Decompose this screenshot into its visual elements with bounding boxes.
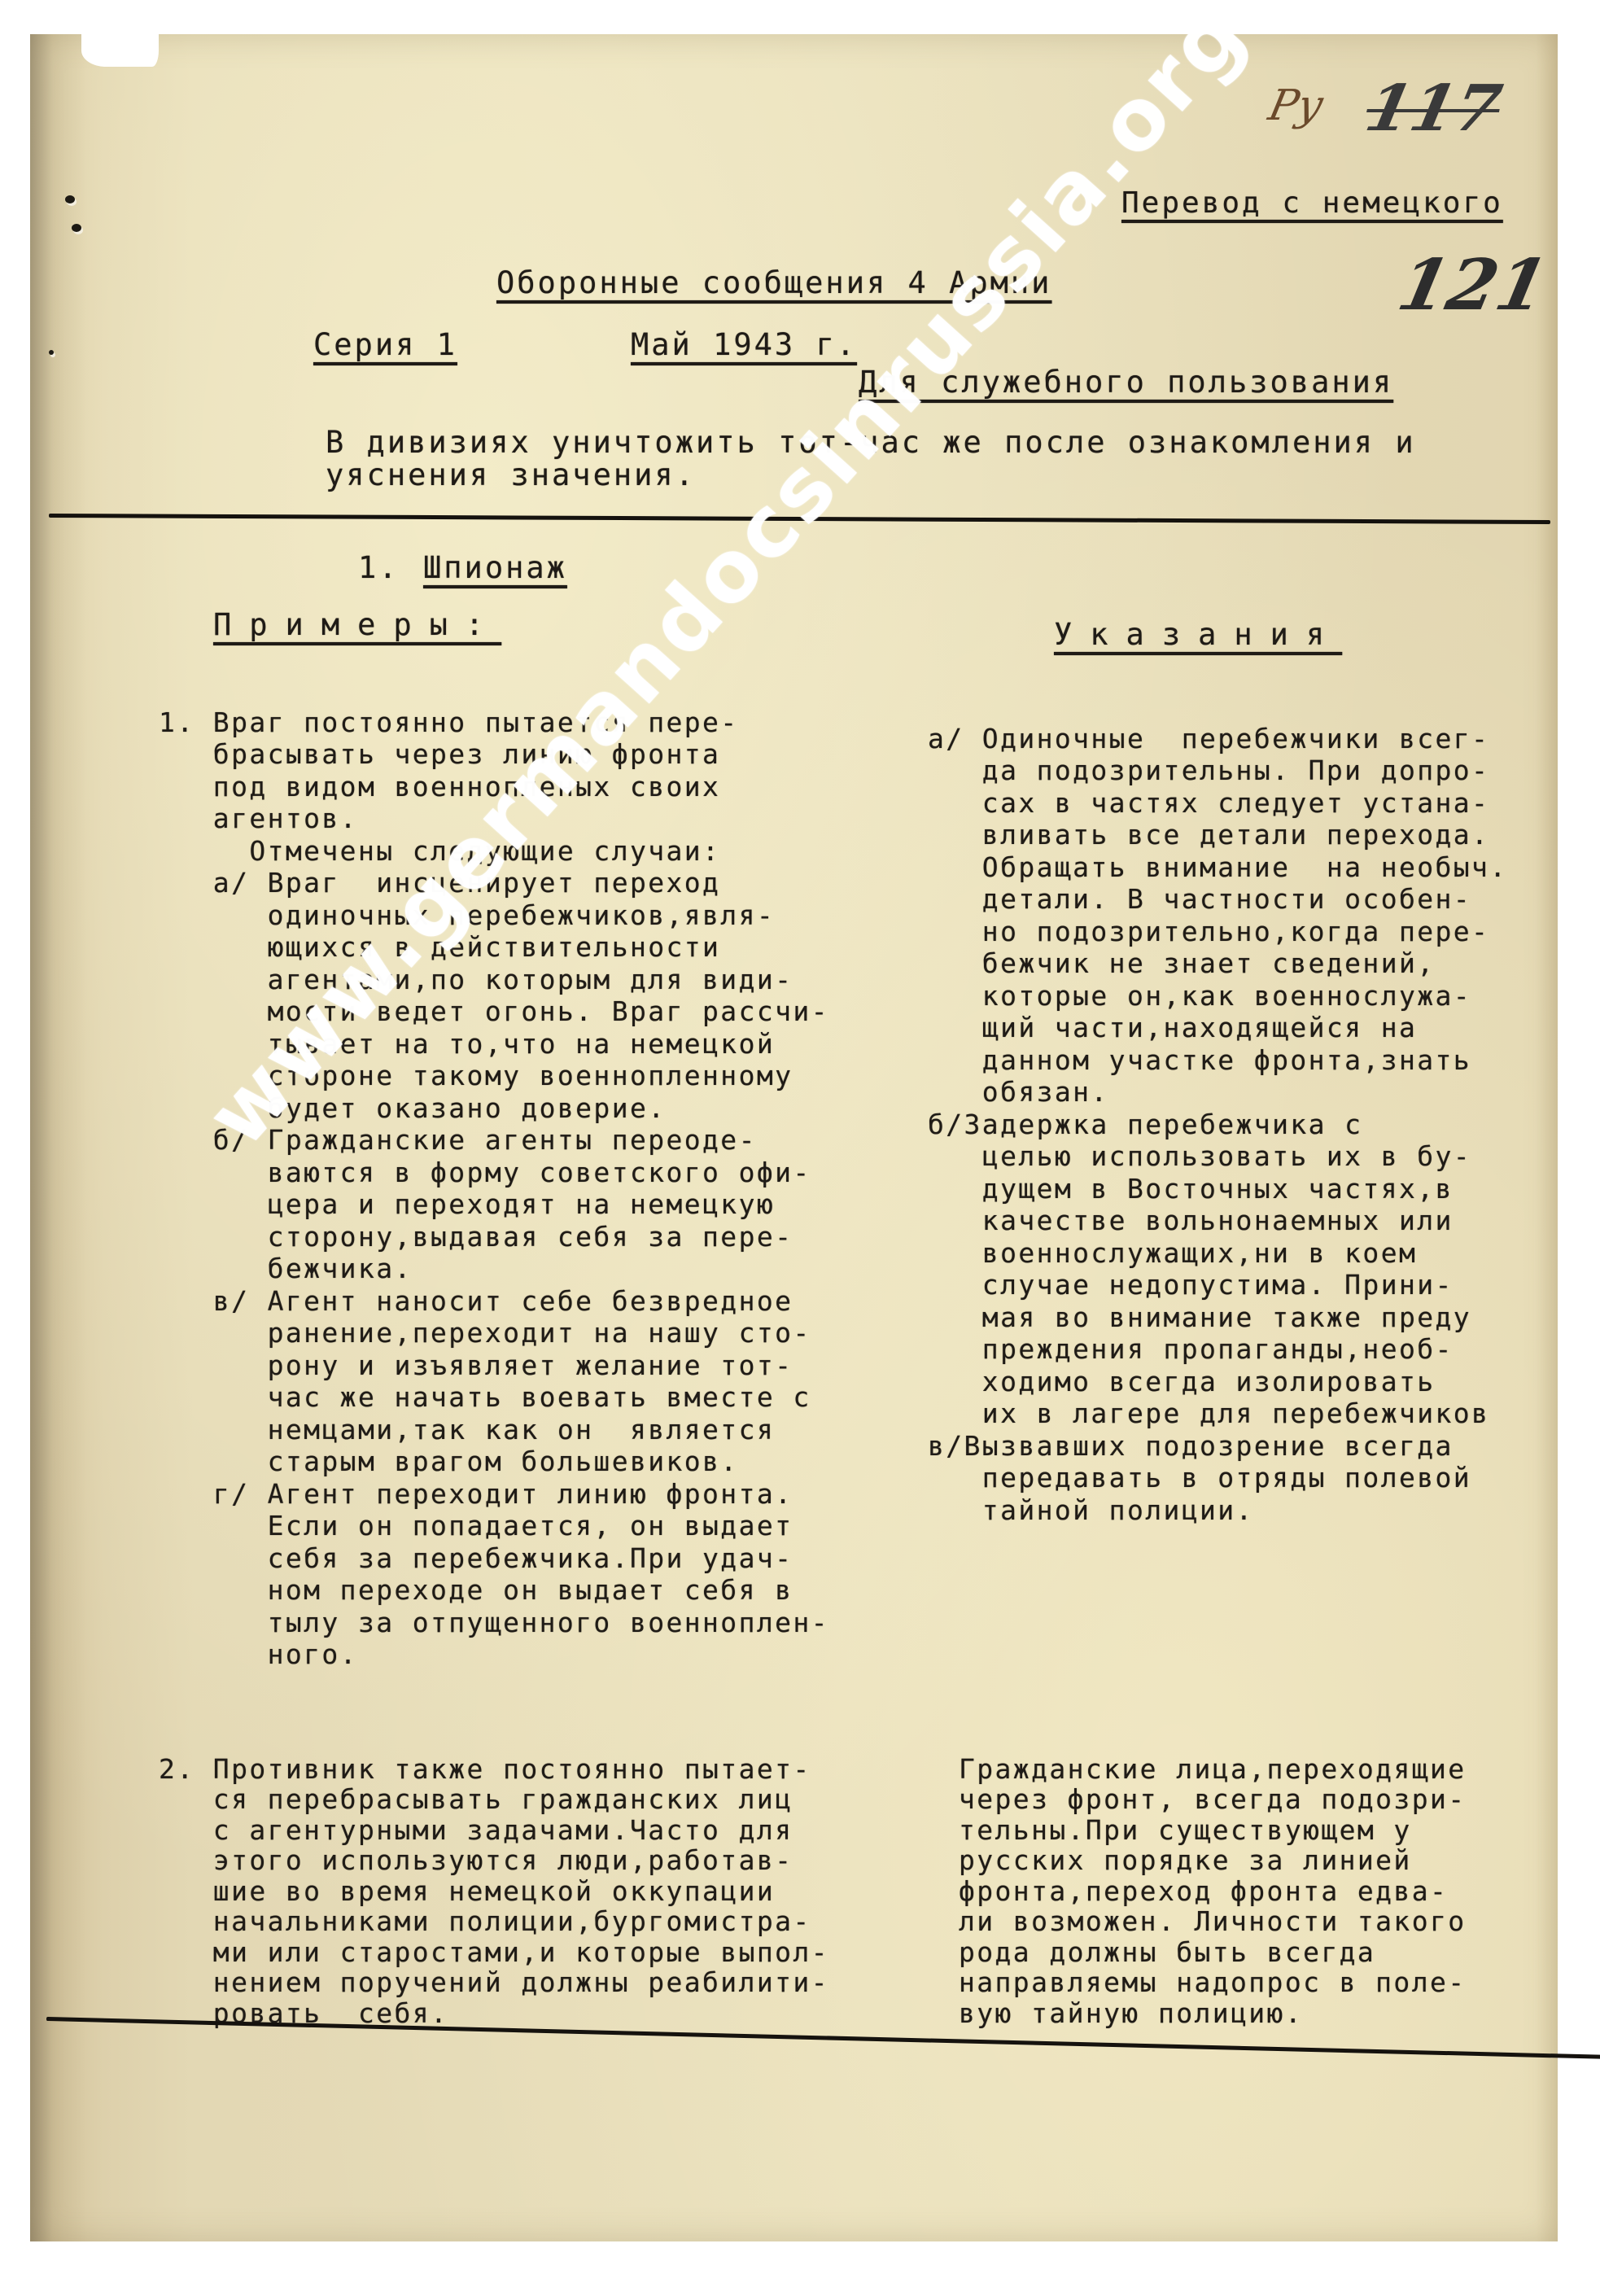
text-line: их в лагере для перебежчиков	[928, 1397, 1508, 1430]
text-line: рода должны быть всегда	[959, 1937, 1467, 1968]
instruction-item-1: а/ Одиночные перебежчики всег- да подозр…	[928, 690, 1508, 1559]
text-line: шие во время немецкой оккупации	[159, 1876, 829, 1907]
text-line: в/ Агент наносит себе безвредное	[159, 1285, 829, 1318]
text-line: Гражданские лица,переходящие	[959, 1754, 1467, 1785]
text-line: тельны.При существующем у	[959, 1815, 1467, 1846]
text-line: себя за перебежчика.При удач-	[159, 1542, 829, 1575]
text-line: щий части,находящейся на	[928, 1012, 1508, 1044]
text-line: которые он,как военнослужа-	[928, 980, 1508, 1012]
punch-hole	[49, 350, 54, 355]
text-line: ном переходе он выдает себя в	[159, 1574, 829, 1607]
section-number: 1.	[358, 550, 400, 586]
torn-corner	[81, 33, 159, 67]
text-line: вую тайную полицию.	[959, 1998, 1467, 2029]
text-line: начальниками полиции,бургомистра-	[159, 1906, 829, 1937]
text-line: Обращать внимание на необыч.	[928, 851, 1508, 884]
text-line: фронта,переход фронта едва-	[959, 1876, 1467, 1907]
instructions-heading: Указания	[1054, 617, 1342, 653]
text-line: ходимо всегда изолировать	[928, 1366, 1508, 1398]
text-line: преждения пропаганды,необ-	[928, 1333, 1508, 1366]
text-line: с агентурными задачами.Часто для	[159, 1815, 829, 1846]
section-title: Шпионаж	[423, 550, 567, 586]
text-line: старым врагом большевиков.	[159, 1445, 829, 1478]
text-line: через фронт, всегда подозри-	[959, 1784, 1467, 1815]
text-line: ся перебрасывать гражданских лиц	[159, 1784, 829, 1815]
series-label: Серия 1	[313, 327, 457, 363]
text-line: б/Задержка перебежчика с	[928, 1109, 1508, 1141]
instruction-line-2: уяснения значения.	[326, 457, 696, 493]
handwritten-folio-number: 121	[1391, 244, 1554, 326]
text-line: передавать в отряды полевой	[928, 1462, 1508, 1494]
text-line: обязан.	[928, 1076, 1508, 1109]
text-line: в/Вызвавших подозрение всегда	[928, 1430, 1508, 1463]
text-line: бежчика.	[159, 1253, 829, 1285]
text-line: ранение,переходит на нашу сто-	[159, 1317, 829, 1349]
text-line: данном участке фронта,знать	[928, 1044, 1508, 1077]
text-line: сах в частях следует устана-	[928, 787, 1508, 820]
text-line: цера и переходят на немецкую	[159, 1188, 829, 1221]
text-line: тылу за отпущенного военноплен-	[159, 1607, 829, 1639]
text-line: мая во внимание также преду	[928, 1301, 1508, 1334]
text-line: случае недопустима. Прини-	[928, 1269, 1508, 1301]
text-line: г/ Агент переходит линию фронта.	[159, 1478, 829, 1511]
text-line: нением поручений должны реабилити-	[159, 1967, 829, 1998]
text-line: этого используются люди,работав-	[159, 1845, 829, 1876]
date-label: Май 1943 г.	[631, 327, 857, 363]
text-line: ющихся в действительности	[159, 931, 829, 964]
punch-hole	[72, 224, 81, 232]
text-line: тайной полиции.	[928, 1494, 1508, 1527]
text-line: направляемы надопрос в поле-	[959, 1967, 1467, 1998]
translation-note: Перевод с немецкого	[1121, 186, 1503, 221]
text-line: ли возможен. Личности такого	[959, 1906, 1467, 1937]
text-line: Если он попадается, он выдает	[159, 1510, 829, 1542]
text-line: рону и изъявляет желание тот-	[159, 1349, 829, 1382]
text-line: 1. Враг постоянно пытается пере-	[159, 706, 829, 739]
text-line: целью использовать их в бу-	[928, 1140, 1508, 1173]
text-line: да подозрительны. При допро-	[928, 754, 1508, 787]
handwritten-crossed-number: 117	[1359, 72, 1507, 146]
punch-hole	[65, 195, 75, 203]
text-line: качестве вольнонаемных или	[928, 1205, 1508, 1237]
text-line: детали. В частности особен-	[928, 883, 1508, 916]
text-line: агентами,по которым для види-	[159, 964, 829, 996]
text-line: 2. Противник также постоянно пытает-	[159, 1754, 829, 1785]
text-line: час же начать воевать вместе с	[159, 1381, 829, 1414]
text-line: вливать все детали перехода.	[928, 819, 1508, 851]
text-line: бежчик не знает сведений,	[928, 947, 1508, 980]
example-item-2: 2. Противник также постоянно пытает- ся …	[159, 1723, 829, 2059]
text-line: но подозрительно,когда пере-	[928, 916, 1508, 948]
instruction-item-2: Гражданские лица,переходящиечерез фронт,…	[959, 1723, 1467, 2059]
text-line: ми или старостами,и которые выпол-	[159, 1937, 829, 1968]
text-line: русских порядке за линией	[959, 1845, 1467, 1876]
handwritten-ru-mark: Ру	[1265, 81, 1328, 130]
text-line: дущем в Восточных частях,в	[928, 1173, 1508, 1205]
text-line: немцами,так как он является	[159, 1414, 829, 1446]
text-line: ного.	[159, 1638, 829, 1671]
examples-heading: Примеры:	[213, 607, 501, 643]
text-line: сторону,выдавая себя за пере-	[159, 1221, 829, 1253]
text-line: а/ Одиночные перебежчики всег-	[928, 723, 1508, 755]
text-line: военнослужащих,ни в коем	[928, 1237, 1508, 1270]
